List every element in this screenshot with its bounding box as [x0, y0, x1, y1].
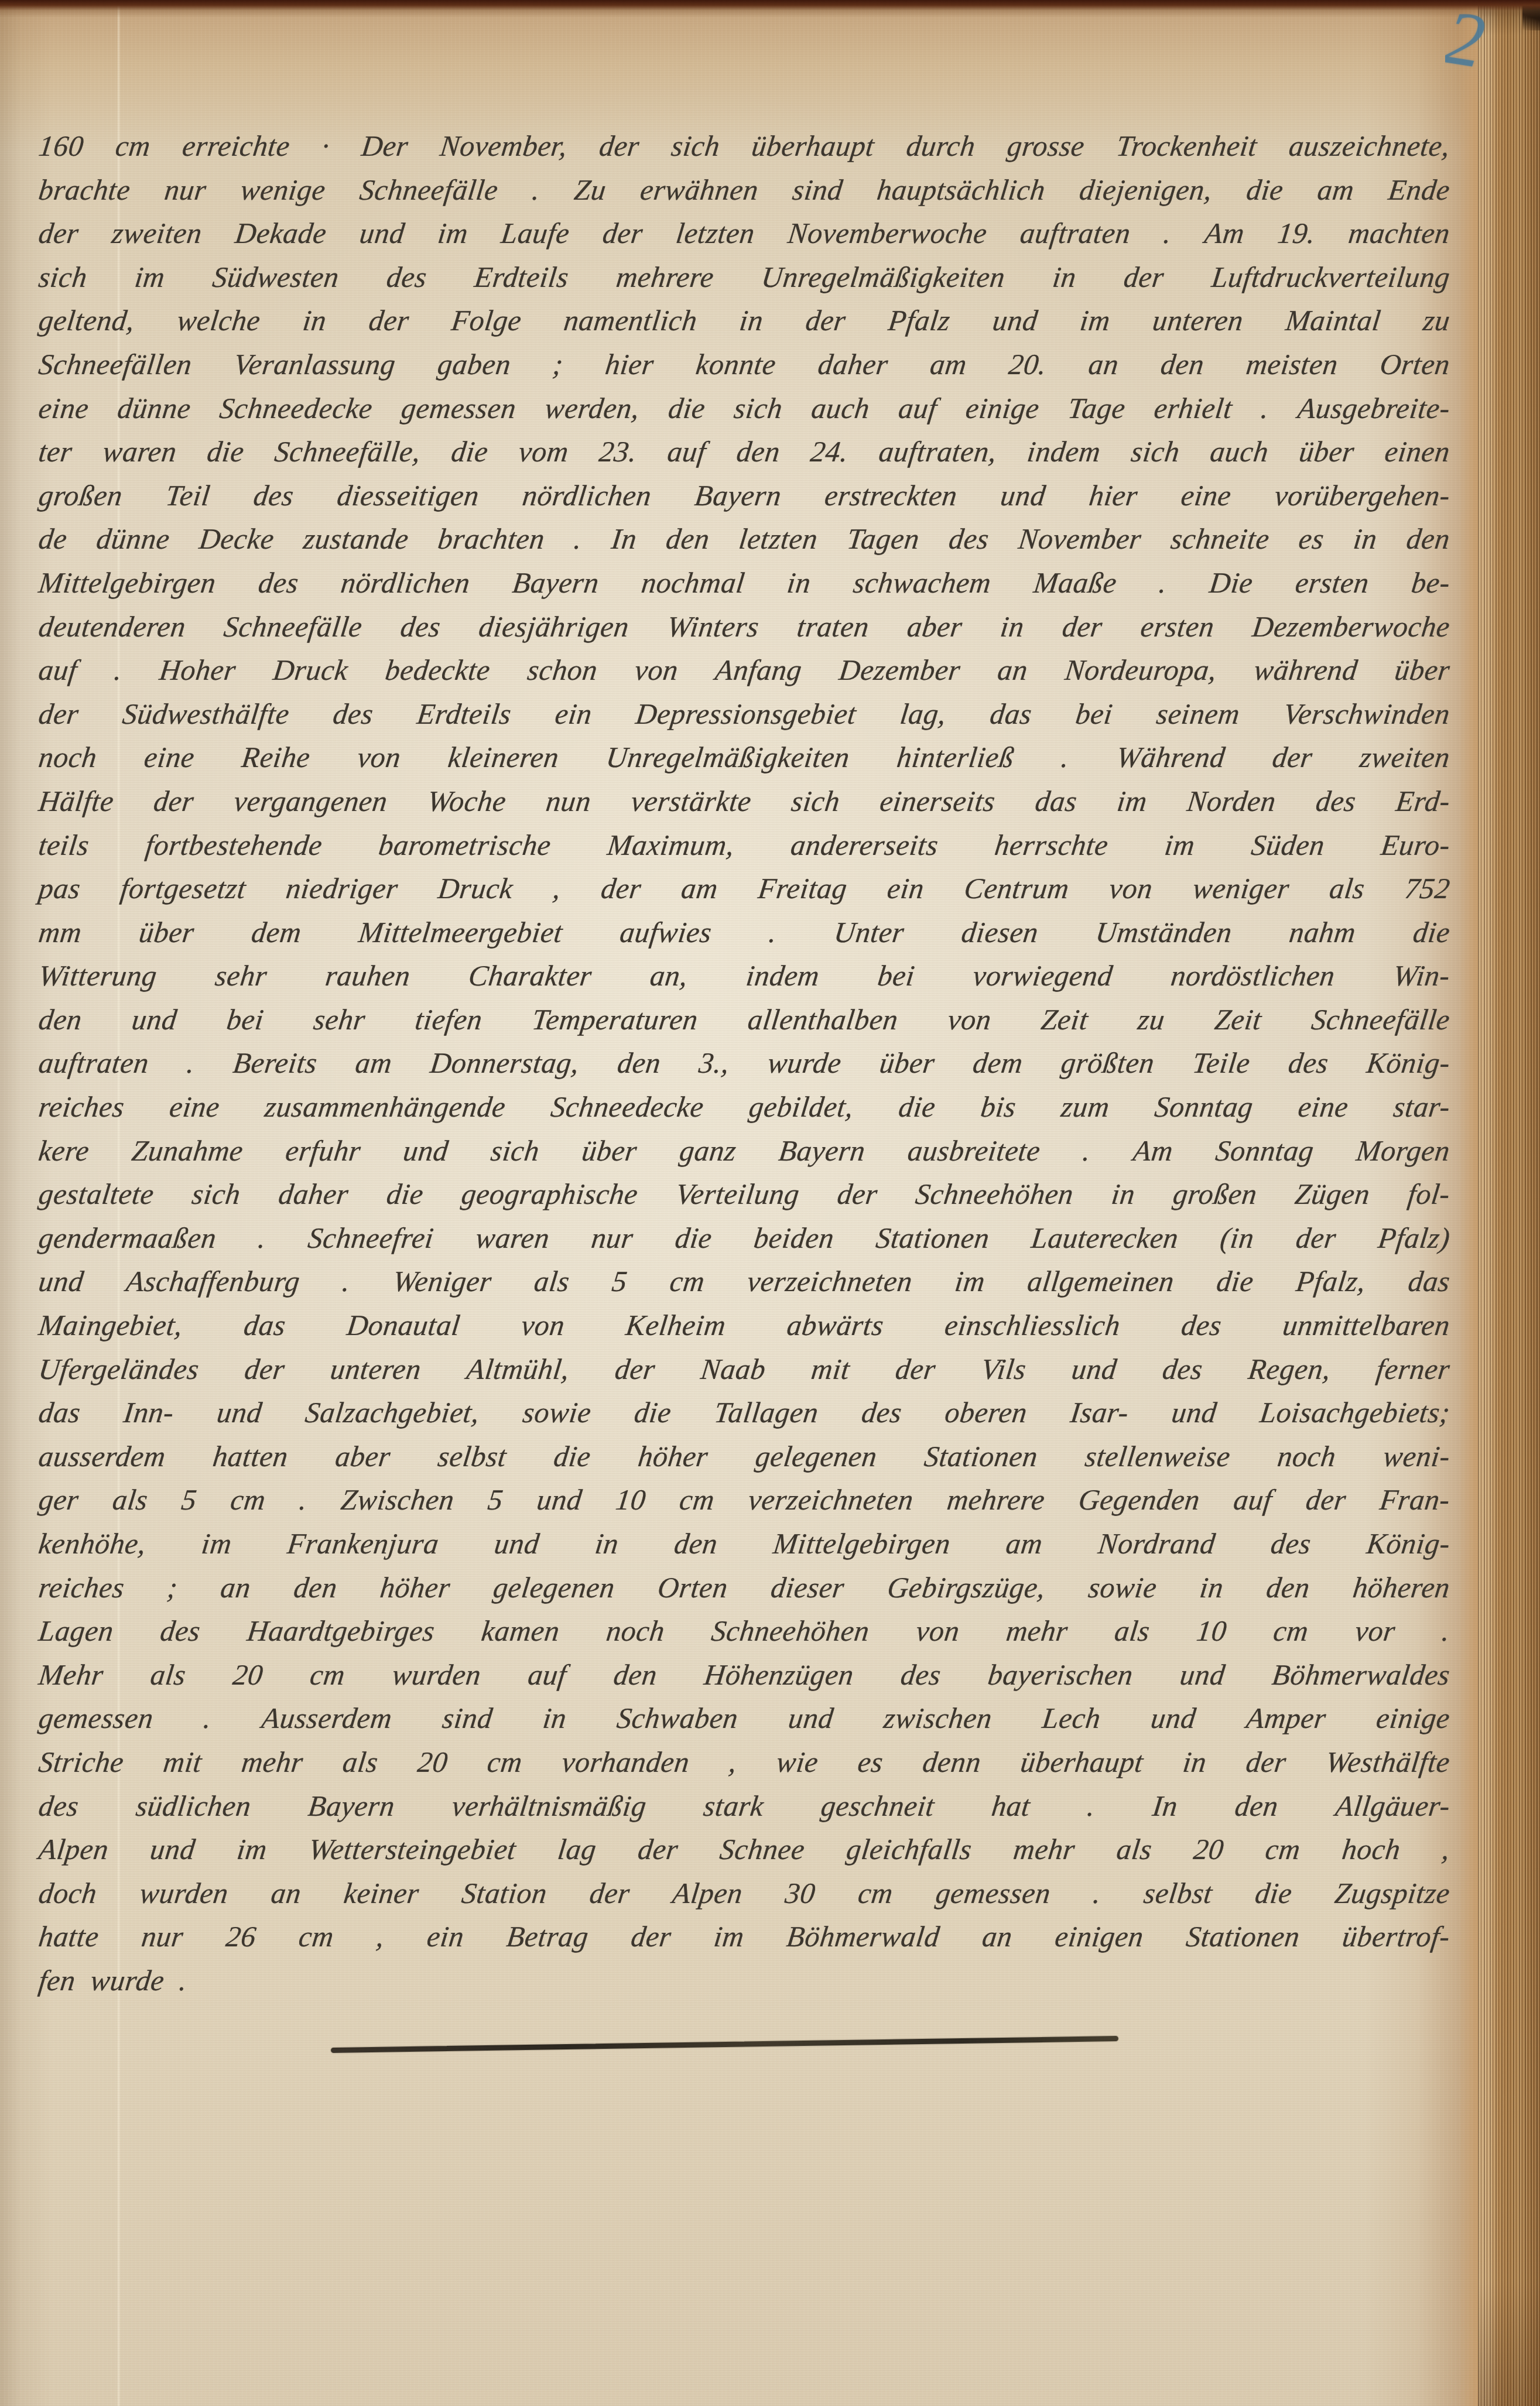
- text-line: Mehrals20cmwurdenaufdenHöhenzügendesbaye…: [36, 1658, 1452, 1702]
- word: die: [897, 1090, 938, 1124]
- word: erreichte: [180, 129, 292, 163]
- word: es: [1297, 522, 1326, 556]
- word: König-: [1365, 1527, 1452, 1560]
- word: großen: [37, 478, 125, 512]
- text-line: WitterungsehrrauhenCharakteran,indembeiv…: [36, 959, 1452, 1002]
- word: gleichfalls: [844, 1832, 974, 1866]
- word: deutenderen: [37, 610, 188, 644]
- word: stellenweise: [1083, 1439, 1233, 1473]
- word: der: [1304, 1483, 1348, 1517]
- word: im: [200, 1527, 234, 1560]
- word: Schneehöhen: [913, 1177, 1075, 1211]
- word: über: [137, 915, 196, 949]
- word: unteren: [1151, 303, 1245, 337]
- word: diesjährigen: [477, 610, 631, 644]
- text-line: hattenur26cm,einBetragderimBöhmerwaldane…: [36, 1919, 1452, 1963]
- word: .: [1162, 216, 1173, 250]
- word: in: [998, 610, 1026, 644]
- word: Die: [1207, 566, 1255, 600]
- word: meisten: [1244, 347, 1340, 381]
- word: mehrere: [945, 1483, 1047, 1517]
- word: sich: [489, 1134, 542, 1168]
- word: ·: [320, 129, 331, 163]
- word: cm: [677, 1483, 716, 1517]
- word: nördlichen: [339, 566, 472, 600]
- word: namentlich: [562, 303, 699, 337]
- word: Maximum,: [605, 828, 737, 862]
- word: Schneedecke: [218, 391, 375, 425]
- word: Aschaffenburg: [124, 1264, 302, 1298]
- word: Schneefällen: [37, 347, 194, 381]
- word: gendermaaßen: [37, 1221, 218, 1255]
- word: wenige: [239, 173, 328, 207]
- word: des: [37, 1789, 81, 1823]
- text-line: Strichemitmehrals20cmvorhanden,wieesdenn…: [36, 1745, 1452, 1789]
- word: nahm: [1288, 915, 1358, 949]
- word: ,: [727, 1745, 739, 1779]
- word: Maingebiet,: [37, 1308, 185, 1342]
- word: dünne: [95, 522, 172, 556]
- text-line: SchneefällenVeranlassunggaben;hierkonnte…: [36, 347, 1452, 391]
- word: von: [914, 1614, 961, 1648]
- word: daher: [816, 347, 890, 381]
- word: des: [1269, 1527, 1313, 1560]
- word: Witterung: [37, 959, 159, 992]
- word: fortbestehende: [143, 828, 324, 862]
- word: sich: [789, 784, 842, 818]
- word: der: [37, 216, 81, 250]
- word: In: [610, 522, 639, 556]
- word: den: [612, 1658, 659, 1692]
- word: gaben: [436, 347, 513, 381]
- word: de: [37, 522, 69, 556]
- word: grosse: [1005, 129, 1087, 163]
- word: in: [593, 1527, 621, 1560]
- word: des: [899, 1658, 943, 1692]
- word: Winters: [665, 610, 761, 644]
- text-line: geltend,welcheinderFolgenamentlichinderP…: [36, 303, 1452, 347]
- text-line: derzweitenDekadeundimLaufederletztenNove…: [36, 216, 1452, 260]
- word: Dezember: [837, 653, 963, 687]
- text-line: ausserdemhattenaberselbstdiehöhergelegen…: [36, 1439, 1452, 1483]
- word: hinterließ: [895, 740, 1017, 774]
- word: des: [331, 697, 375, 731]
- word: Veranlassung: [232, 347, 398, 381]
- word: gebildet,: [747, 1090, 855, 1124]
- word: .: [1259, 391, 1271, 425]
- word: unmittelbaren: [1281, 1308, 1452, 1342]
- word: den: [1159, 347, 1206, 381]
- word: wurde: [88, 1963, 166, 1997]
- word: und: [1170, 1395, 1219, 1429]
- word: den: [1405, 522, 1452, 556]
- word: an: [269, 1876, 303, 1910]
- word: über: [1297, 434, 1356, 468]
- word: ersten: [1139, 610, 1216, 644]
- word: Ufergeländes: [37, 1352, 201, 1386]
- word: gelegenen: [491, 1570, 617, 1604]
- word: Donautal: [345, 1308, 462, 1342]
- text-line: AlpenundimWettersteingebietlagderSchneeg…: [36, 1832, 1452, 1876]
- word: an,: [648, 959, 690, 992]
- word: den: [292, 1570, 339, 1604]
- word: Böhmerwald: [785, 1919, 942, 1953]
- word: nochmal: [639, 566, 747, 600]
- word: gemessen: [37, 1701, 156, 1735]
- word: die: [1411, 915, 1452, 949]
- word: zu: [1421, 303, 1452, 337]
- word: Bayern: [511, 566, 601, 600]
- word: die: [1215, 1264, 1256, 1298]
- word: Sonntag: [1153, 1090, 1255, 1124]
- text-line: gendermaaßen.Schneefreiwarennurdiebeiden…: [36, 1221, 1452, 1265]
- word: sich: [732, 391, 785, 425]
- word: eine: [37, 391, 91, 425]
- word: 20: [231, 1658, 265, 1692]
- word: der: [629, 1919, 673, 1953]
- word: barometrische: [377, 828, 553, 862]
- word: der: [894, 1352, 937, 1386]
- word: erfuhr: [283, 1134, 362, 1168]
- word: überhaupt: [1019, 1745, 1145, 1779]
- word: Nordeuropa,: [1063, 653, 1219, 687]
- word: Zügen: [1293, 1177, 1372, 1211]
- word: im: [133, 260, 167, 294]
- word: auftraten: [1018, 216, 1132, 250]
- word: Bayern: [777, 1134, 868, 1168]
- word: auf: [1232, 1483, 1275, 1517]
- word: Tagen: [846, 522, 922, 556]
- word: 24.: [809, 434, 850, 468]
- word: kleineren: [446, 740, 561, 774]
- word: vor: [1353, 1614, 1397, 1648]
- word: cm: [1272, 1614, 1310, 1648]
- word: Gebirgszüge,: [885, 1570, 1048, 1604]
- word: des: [1161, 1352, 1204, 1386]
- word: des: [1179, 1308, 1223, 1342]
- word: Zunahme: [130, 1134, 245, 1168]
- word: sind: [790, 173, 844, 207]
- word: Stationen: [1185, 1919, 1302, 1953]
- word: großen: [1171, 1177, 1259, 1211]
- word: Weniger: [391, 1264, 494, 1298]
- word: der: [367, 303, 411, 337]
- word: Schwaben: [615, 1701, 740, 1735]
- text-line: auftraten.BereitsamDonnerstag,den3.,wurd…: [36, 1046, 1452, 1090]
- word: nordöstlichen: [1169, 959, 1337, 992]
- text-line: deutenderenSchneefälledesdiesjährigenWin…: [36, 610, 1452, 653]
- text-line: MittelgebirgendesnördlichenBayernnochmal…: [36, 566, 1452, 610]
- text-line: 160cmerreichte·DerNovember,dersichüberha…: [36, 129, 1452, 173]
- word: Hälfte: [37, 784, 116, 818]
- word: Schneefälle: [222, 610, 364, 644]
- word: auf: [666, 434, 709, 468]
- word: zweiten: [1358, 740, 1452, 774]
- word: die: [1253, 1876, 1294, 1910]
- text-line: sichimSüdwestendesErdteilsmehrereUnregel…: [36, 260, 1452, 304]
- word: mehr: [1012, 1832, 1077, 1866]
- word: in: [738, 303, 765, 337]
- word: Bereits: [231, 1046, 319, 1080]
- word: pas: [37, 871, 83, 905]
- word: als: [341, 1745, 380, 1779]
- word: lag,: [898, 697, 949, 731]
- word: Der: [360, 129, 410, 163]
- word: der: [1060, 610, 1104, 644]
- word: Schneefrei: [306, 1221, 436, 1255]
- word: den: [664, 522, 711, 556]
- word: nun: [544, 784, 593, 818]
- word: Orten: [1378, 347, 1452, 381]
- word: Erdteils: [473, 260, 571, 294]
- text-line: HälftedervergangenenWochenunverstärktesi…: [36, 784, 1452, 828]
- word: Haardtgebirges: [245, 1614, 437, 1648]
- word: 160: [37, 129, 86, 163]
- word: des: [947, 522, 991, 556]
- word: Temperaturen: [531, 1002, 700, 1036]
- word: verzeichneten: [745, 1264, 914, 1298]
- word: sehr: [312, 1002, 367, 1036]
- word: und: [1178, 1658, 1227, 1692]
- word: Inn-: [122, 1395, 176, 1429]
- word: Maintal: [1284, 303, 1382, 337]
- word: bei: [876, 959, 917, 992]
- word: auftraten,: [877, 434, 999, 468]
- word: Loisachgebiets;: [1258, 1395, 1452, 1429]
- word: und: [999, 478, 1048, 512]
- word: zweiten: [110, 216, 204, 250]
- word: im: [953, 1264, 987, 1298]
- word: Reihe: [240, 740, 312, 774]
- word: ein: [553, 697, 594, 731]
- word: 5: [180, 1483, 199, 1517]
- word: Dezemberwoche: [1251, 610, 1452, 644]
- text-line: dedünneDeckezustandebrachten.Indenletzte…: [36, 522, 1452, 566]
- word: durch: [905, 129, 977, 163]
- word: mehr: [239, 1745, 305, 1779]
- word: selbst: [1142, 1876, 1214, 1910]
- word: und: [215, 1395, 264, 1429]
- word: geographische: [460, 1177, 640, 1211]
- word: gemessen: [399, 391, 518, 425]
- word: Striche: [37, 1745, 126, 1779]
- word: Schneefälle: [1310, 1002, 1452, 1036]
- word: noch: [604, 1614, 666, 1648]
- word: den: [1265, 1570, 1312, 1604]
- word: sind: [440, 1701, 494, 1735]
- word: be-: [1409, 566, 1452, 600]
- word: sich: [669, 129, 722, 163]
- word: nur: [139, 1919, 185, 1953]
- word: Orten: [656, 1570, 730, 1604]
- word: des: [1286, 1046, 1330, 1080]
- word: waren: [101, 434, 179, 468]
- word: im: [712, 1919, 746, 1953]
- text-line: dessüdlichenBayernverhältnismäßigstarkge…: [36, 1789, 1452, 1833]
- word: Isar-: [1069, 1395, 1131, 1429]
- word: lag: [556, 1832, 598, 1866]
- word: Morgen: [1354, 1134, 1452, 1168]
- word: ein: [425, 1919, 466, 1953]
- word: Freitag: [756, 871, 849, 905]
- word: nur: [163, 173, 208, 207]
- word: cm: [485, 1745, 524, 1779]
- word: Unregelmäßigkeiten: [604, 740, 851, 774]
- word: November,: [438, 129, 569, 163]
- word: .: [1086, 1789, 1097, 1823]
- word: abwärts: [785, 1308, 886, 1342]
- word: auch: [809, 391, 871, 425]
- word: den: [1233, 1789, 1281, 1823]
- word: in: [1110, 1177, 1137, 1211]
- word: bei: [225, 1002, 266, 1036]
- text-line: UfergeländesderunterenAltmühl,derNaabmit…: [36, 1352, 1452, 1396]
- word: Hoher: [158, 653, 238, 687]
- word: weni-: [1381, 1439, 1452, 1473]
- word: Schneedecke: [549, 1090, 706, 1124]
- word: und: [535, 1483, 584, 1517]
- word: Verschwinden: [1282, 697, 1452, 731]
- text-line: fenwurde.: [36, 1963, 1452, 2007]
- word: einige: [1374, 1701, 1452, 1735]
- word: an: [996, 653, 1030, 687]
- word: am: [928, 347, 969, 381]
- word: und: [130, 1002, 179, 1036]
- word: .: [202, 1701, 214, 1735]
- word: im: [1163, 828, 1197, 862]
- word: teils: [37, 828, 91, 862]
- word: aber: [905, 610, 964, 644]
- word: cm: [297, 1919, 336, 1953]
- word: brachten: [436, 522, 547, 556]
- word: der: [636, 1832, 680, 1866]
- word: fen: [37, 1963, 78, 1997]
- word: ger: [37, 1483, 81, 1517]
- word: Ende: [1387, 173, 1452, 207]
- word: keiner: [342, 1876, 421, 1910]
- word: an: [219, 1570, 253, 1604]
- word: 23.: [597, 434, 639, 468]
- word: die: [673, 1221, 714, 1255]
- word: dünne: [115, 391, 193, 425]
- word: die: [206, 434, 247, 468]
- word: vorübergehen-: [1273, 478, 1452, 512]
- word: vorhanden: [560, 1745, 692, 1779]
- word: Nordrand: [1096, 1527, 1217, 1560]
- word: das: [242, 1308, 288, 1342]
- word: 26: [224, 1919, 258, 1953]
- word: 10: [614, 1483, 648, 1517]
- text-line: teilsfortbestehendebarometrischeMaximum,…: [36, 828, 1452, 872]
- word: waren: [474, 1221, 552, 1255]
- word: geschneit: [819, 1789, 936, 1823]
- word: von: [946, 1002, 993, 1036]
- word: Sonntag: [1214, 1134, 1316, 1168]
- word: .: [1157, 566, 1169, 600]
- word: eine: [167, 1090, 221, 1124]
- word: erwähnen: [638, 173, 760, 207]
- word: hat: [990, 1789, 1032, 1823]
- word: kenhöhe,: [37, 1527, 148, 1560]
- word: das: [1033, 784, 1079, 818]
- word: höheren: [1351, 1570, 1452, 1604]
- word: .: [767, 915, 779, 949]
- word: höher: [378, 1570, 452, 1604]
- word: Lagen: [37, 1614, 116, 1648]
- word: des: [860, 1395, 904, 1429]
- word: der: [243, 1352, 287, 1386]
- word: an: [1087, 347, 1121, 381]
- word: der: [588, 1876, 632, 1910]
- word: Zwischen: [339, 1483, 456, 1517]
- word: andererseits: [789, 828, 940, 862]
- text-line: brachtenurwenigeSchneefälle.Zuerwähnensi…: [36, 173, 1452, 217]
- word: .: [531, 173, 542, 207]
- word: werden,: [543, 391, 641, 425]
- word: ganz: [677, 1134, 738, 1168]
- word: unteren: [328, 1352, 423, 1386]
- word: Schneefälle: [358, 173, 500, 207]
- word: Unter: [832, 915, 906, 949]
- word: am: [679, 871, 720, 905]
- word: Charakter: [467, 959, 594, 992]
- word: auszeichnete,: [1287, 129, 1452, 163]
- word: daher: [276, 1177, 350, 1211]
- word: dem: [971, 1046, 1025, 1080]
- word: brachte: [37, 173, 132, 207]
- text-line: einedünneSchneedeckegemessenwerden,diesi…: [36, 391, 1452, 435]
- word: es: [856, 1745, 885, 1779]
- word: Allgäuer-: [1333, 1789, 1452, 1823]
- word: als: [1113, 1614, 1152, 1648]
- text-line: gerals5cm.Zwischen5und10cmverzeichnetenm…: [36, 1483, 1452, 1527]
- word: Tallagen: [713, 1395, 820, 1429]
- word: wurde: [766, 1046, 844, 1080]
- word: November: [1017, 522, 1144, 556]
- word: Mittelgebirgen: [771, 1527, 952, 1560]
- word: ter: [37, 434, 74, 468]
- text-line: mmüberdemMittelmeergebietaufwies.Unterdi…: [36, 915, 1452, 959]
- word: cm: [856, 1876, 895, 1910]
- text-line: pasfortgesetztniedrigerDruck,deramFreita…: [36, 871, 1452, 915]
- word: 30: [783, 1876, 817, 1910]
- word: Pfalz): [1376, 1221, 1452, 1255]
- word: hatten: [211, 1439, 290, 1473]
- word: der: [599, 871, 643, 905]
- word: diejenigen,: [1077, 173, 1214, 207]
- word: die: [385, 1177, 426, 1211]
- word: schon: [526, 653, 600, 687]
- word: Naab: [699, 1352, 768, 1386]
- word: als: [149, 1658, 188, 1692]
- word: 19.: [1276, 216, 1317, 250]
- word: rauhen: [323, 959, 412, 992]
- word: allgemeinen: [1026, 1264, 1176, 1298]
- word: ,: [551, 871, 563, 905]
- word: noch: [37, 740, 99, 774]
- word: Regen,: [1247, 1352, 1333, 1386]
- text-line: Maingebiet,dasDonautalvonKelheimabwärtse…: [36, 1308, 1452, 1352]
- word: Anfang: [713, 653, 804, 687]
- word: auf: [526, 1658, 569, 1692]
- word: über: [878, 1046, 937, 1080]
- word: von: [633, 653, 680, 687]
- word: einen: [1383, 434, 1452, 468]
- word: Dekade: [233, 216, 328, 250]
- word: ausbreitete: [906, 1134, 1042, 1168]
- word: hier: [603, 347, 656, 381]
- word: oberen: [943, 1395, 1029, 1429]
